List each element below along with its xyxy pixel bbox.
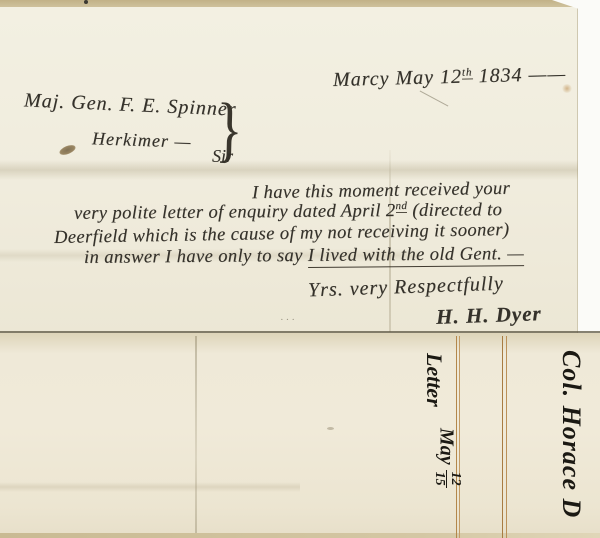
fold-shadow-bottom <box>0 482 300 492</box>
body-line-2-tail: (directed to <box>407 200 502 221</box>
ink-speck <box>84 0 88 4</box>
main-fold-line <box>0 331 600 333</box>
docket-date-fraction: 1215 <box>432 470 462 488</box>
dateline-year: 1834 —— <box>472 63 566 87</box>
docket-rule-line <box>506 336 507 538</box>
signature: H. H. Dyer <box>436 301 542 330</box>
fold-shadow-upper <box>0 160 578 180</box>
body-line-2-text: very polite letter of enquiry dated Apri… <box>74 201 396 224</box>
body-line-4-text: in answer I have only to say <box>84 246 308 268</box>
docket-name: Col. Horace D <box>556 350 586 538</box>
body-line-2-ordinal-suffix: nd <box>395 200 407 213</box>
folded-back-panel <box>0 333 600 538</box>
scan-background-top-edge <box>0 0 600 7</box>
docket-rule-line <box>502 336 503 538</box>
small-smudge <box>327 427 334 430</box>
docket-date-denominator: 15 <box>432 470 447 488</box>
scan-background-right-edge <box>577 0 600 333</box>
dateline-ordinal-suffix: th <box>462 66 473 79</box>
dateline-place-day: Marcy May 12 <box>333 66 463 91</box>
underlined-phrase: I lived with the old Gent. — <box>308 244 524 268</box>
docket-date: May 1215 <box>432 428 462 538</box>
salutation: Sir <box>212 146 233 167</box>
docket-date-month: May <box>435 428 457 470</box>
scanned-letter-1834: ··· Marcy May 12th 1834 —— Maj. Gen. F. … <box>0 0 600 538</box>
smudge-dots: ··· <box>280 314 297 326</box>
vertical-crease-bottom <box>195 336 197 538</box>
body-line-4: in answer I have only to say I lived wit… <box>84 244 524 269</box>
docket-label: Letter <box>421 353 447 433</box>
paper-bottom-edge <box>0 533 600 538</box>
docket-date-numerator: 12 <box>446 470 462 488</box>
addressee-place: Herkimer — <box>92 128 192 152</box>
